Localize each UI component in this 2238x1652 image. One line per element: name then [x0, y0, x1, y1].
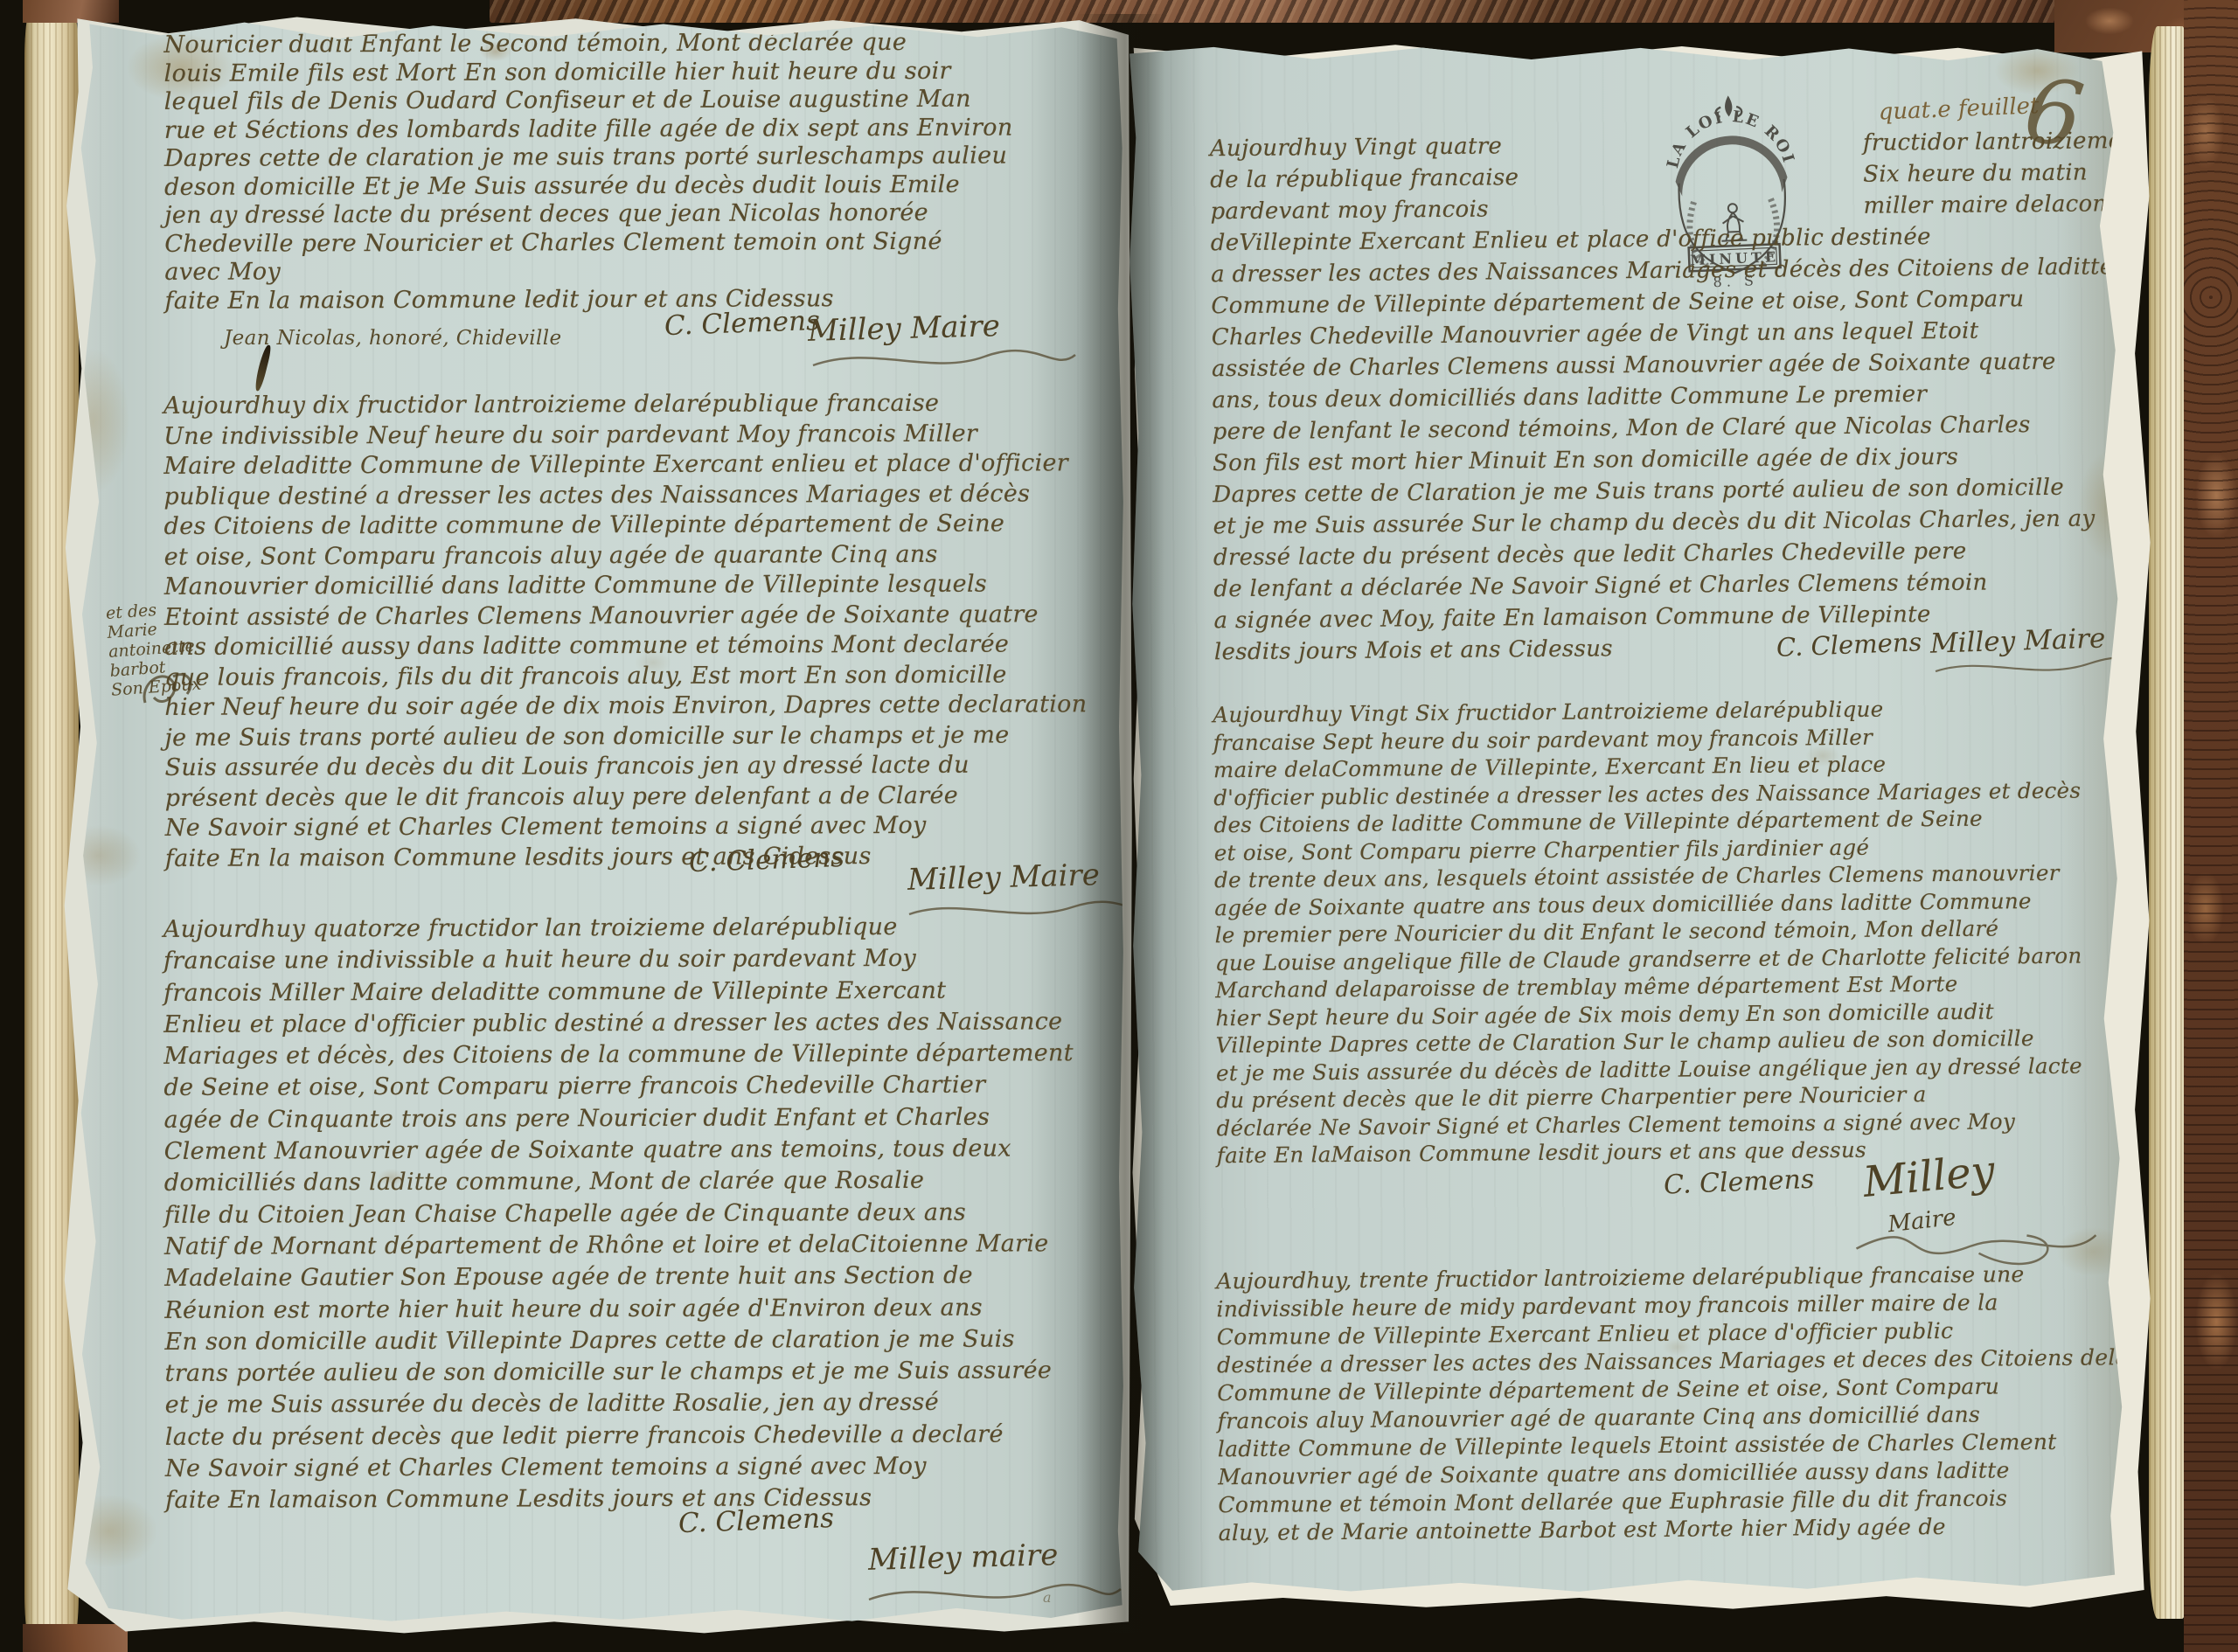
- manuscript-line: Aujourdhuy quatorze fructidor lan troizi…: [163, 911, 1113, 946]
- book-board-fore-edge: [24, 7, 79, 1645]
- manuscript-line: agée de Cinquante trois ans pere Nourici…: [164, 1101, 1114, 1136]
- book-cover-marble-right: [2184, 0, 2238, 1652]
- right-page: quat.e feuillet 6 LA LOI LE ROI MINUTE 8…: [1124, 39, 2124, 1599]
- signature-clement: C. Clemens: [1776, 627, 1922, 663]
- manuscript-line: Une indivissible Neuf heure du soir pard…: [163, 419, 1113, 452]
- manuscript-line: Réunion est morte hier huit heure du soi…: [164, 1292, 1114, 1327]
- manuscript-line: faite En lamaison Commune Lesdits jours …: [165, 1482, 1115, 1517]
- manuscript-line: francois Miller Maire deladitte commune …: [163, 975, 1113, 1010]
- manuscript-line: que louis francois, fils du dit francois…: [164, 660, 1114, 693]
- manuscript-line: Aujourdhuy dix fructidor lantroizieme de…: [163, 388, 1113, 421]
- left-page: Nouricier dudit Enfant le Second témoin,…: [77, 19, 1124, 1628]
- manuscript-line: Chedeville pere Nouricier et Charles Cle…: [164, 227, 1114, 259]
- manuscript-line: Manouvrier domicillié dans laditte Commu…: [164, 569, 1114, 602]
- split-line-group: Aujourdhuy Vingt quatrefructidor lantroi…: [1210, 125, 2165, 228]
- manuscript-line: domicilliés dans laditte commune, Mont d…: [164, 1164, 1114, 1199]
- manuscript-line: hier Neuf heure du soir agée de dix mois…: [164, 690, 1114, 723]
- manuscript-line: et oise, Sont Comparu francois aluy agée…: [164, 539, 1114, 573]
- signature-milley-maire: Milley Maire: [1929, 622, 2106, 659]
- manuscript-line: Madelaine Gautier Son Epouse agée de tre…: [164, 1260, 1114, 1295]
- manuscript-line: des Citoiens de laditte commune de Ville…: [164, 509, 1114, 542]
- manuscript-line: Etoint assisté de Charles Clemens Manouv…: [164, 600, 1114, 633]
- manuscript-line: Ne Savoir signé et Charles Clement temoi…: [165, 810, 1115, 843]
- signature-milley-maire: Milley Maire: [907, 857, 1101, 898]
- manuscript-line: francaise une indivissible a huit heure …: [163, 942, 1113, 977]
- manuscript-line: lacte du présent decès que ledit pierre …: [165, 1419, 1115, 1454]
- book-cover-marble-top-edge: [490, 0, 2107, 23]
- signature-clement: C. Clemens: [1663, 1164, 1814, 1201]
- line-segment: pardevant moy francois: [1210, 194, 1489, 228]
- margin-paraph: [138, 668, 199, 711]
- signature-clement: C. Clemens: [678, 1503, 834, 1539]
- manuscript-line: Enlieu et place d'officier public destin…: [163, 1006, 1113, 1041]
- manuscript-line: Dapres cette de claration je me suis tra…: [164, 142, 1114, 173]
- marble-corner-bottom-left: [23, 1624, 128, 1652]
- manuscript-line: rue et Séctions des lombards ladite fill…: [164, 114, 1114, 145]
- manuscript-line: Maire deladitte Commune de Villepinte Ex…: [163, 448, 1113, 482]
- signature-clement: C. Clemens: [664, 305, 820, 342]
- death-act-nicolas-charles: Aujourdhuy Vingt quatrefructidor lantroi…: [1210, 125, 2169, 669]
- manuscript-line: je me Suis trans porté aulieu de son dom…: [164, 720, 1114, 753]
- death-act-louis-emile: Nouricier dudit Enfant le Second témoin,…: [163, 28, 1114, 316]
- manuscript-line: Mariages et décès, des Citoiens de la co…: [163, 1038, 1113, 1072]
- manuscript-line: ans domicillié aussy dans laditte commun…: [164, 629, 1114, 663]
- signature-clement: C. Clemens: [688, 842, 844, 878]
- death-act-euphrasie: Aujourdhuy, trente fructidor lantroiziem…: [1216, 1260, 2173, 1548]
- manuscript-line: et je me Suis assurée du decès de laditt…: [165, 1387, 1115, 1422]
- photographed-register-spread: Nouricier dudit Enfant le Second témoin,…: [0, 0, 2238, 1652]
- line-group: deVillepinte Exercant Enlieu et place d'…: [1211, 219, 2169, 669]
- signature-milley-maire: Milley maire: [868, 1537, 1059, 1578]
- manuscript-line: louis Emile fils est Mort En son domicil…: [164, 57, 1114, 88]
- manuscript-line: avec Moy: [164, 255, 1114, 287]
- manuscript-line: deson domicille Et je Me Suis assurée du…: [164, 170, 1114, 202]
- line-segment: Aujourdhuy Vingt quatre: [1210, 130, 1503, 164]
- manuscript-line: lequel fils de Denis Oudard Confiseur et…: [164, 85, 1114, 116]
- manuscript-line: fille du Citoien Jean Chaise Chapelle ag…: [164, 1197, 1114, 1232]
- death-act-louis-francois: Aujourdhuy dix fructidor lantroizieme de…: [163, 388, 1115, 874]
- death-act-louise-angelique: Aujourdhuy Vingt Six fructidor Lantroizi…: [1213, 693, 2172, 1170]
- manuscript-line: En son domicille audit Villepinte Dapres…: [164, 1323, 1114, 1358]
- manuscript-line: trans portée aulieu de son domicille sur…: [165, 1355, 1115, 1390]
- manuscript-line: Ne Savoir signé et Charles Clement temoi…: [165, 1450, 1115, 1485]
- manuscript-line: présent decès que le dit francois aluy p…: [165, 781, 1115, 814]
- manuscript-line: publique destiné a dresser les actes des…: [163, 479, 1113, 512]
- signature-milley-maire: Milley Maire: [808, 309, 1001, 349]
- corner-mark: a: [1043, 1589, 1052, 1606]
- manuscript-line: Clement Manouvrier agée de Soixante quat…: [164, 1133, 1114, 1168]
- postscript-note: Jean Nicolas, honoré, Chideville: [224, 327, 562, 350]
- manuscript-line: jen ay dressé lacte du présent deces que…: [164, 198, 1114, 230]
- ink-paraph: [254, 344, 273, 392]
- manuscript-line: Suis assurée du decès du dit Louis franc…: [164, 750, 1114, 783]
- manuscript-line: Natif de Mornant département de Rhône et…: [164, 1228, 1114, 1263]
- marble-corner-top-left: [23, 0, 119, 23]
- manuscript-line: de Seine et oise, Sont Comparu pierre fr…: [163, 1070, 1113, 1105]
- line-segment: de la république francaise: [1210, 162, 1519, 196]
- signature-flourish: [810, 350, 1081, 385]
- header-annotation: quat.e feuillet: [1878, 93, 2040, 125]
- death-act-rosalie: Aujourdhuy quatorze fructidor lan troizi…: [163, 911, 1115, 1517]
